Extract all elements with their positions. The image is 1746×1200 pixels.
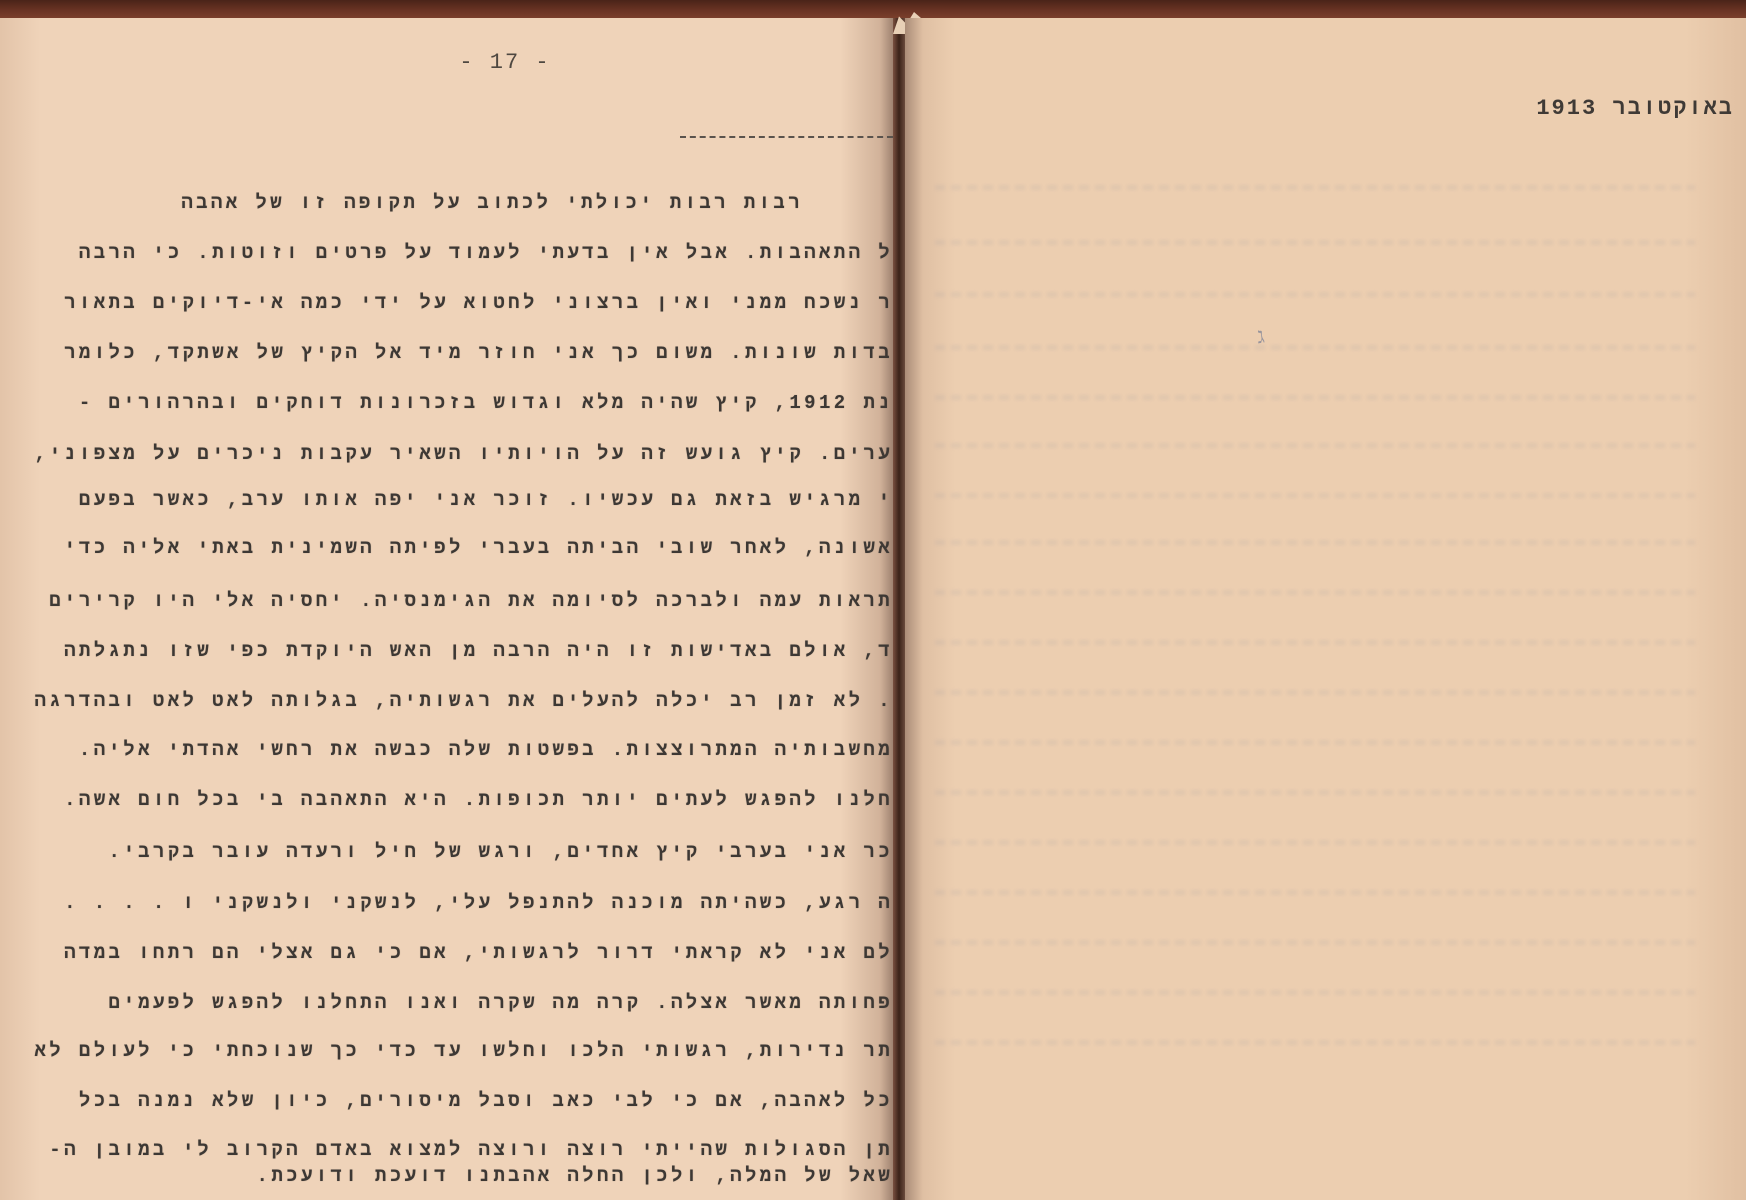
text-line: שאל של המלה, ולכן החלה אהבתנו דועכת ודוע… xyxy=(257,1165,893,1187)
bleed-through-line xyxy=(935,640,1695,645)
text-line: רבות רבות יכולתי לכתוב על תקופה זו של אה… xyxy=(181,192,803,214)
bleed-through-line xyxy=(935,1040,1695,1045)
bleed-through-line xyxy=(935,443,1695,448)
text-line: מחשבותיה המתרוצצות. בפשטות שלה כבשה את ר… xyxy=(79,739,893,761)
right-page xyxy=(905,18,1746,1200)
text-line: בדות שונות. משום כך אני חוזר מיד אל הקיץ… xyxy=(64,342,893,364)
text-line: ד, אולם באדישות זו היה הרבה מן האש היוקד… xyxy=(64,640,893,662)
bleed-through-line xyxy=(935,690,1695,695)
bleed-through-line xyxy=(935,493,1695,498)
bleed-through-line xyxy=(935,345,1695,350)
text-line: אשונה, לאחר שובי הביתה בעברי לפיתה השמינ… xyxy=(64,537,893,559)
bleed-through-line xyxy=(935,185,1695,190)
text-line: . לא זמן רב יכלה להעלים את רגשותיה, בגלו… xyxy=(34,690,893,712)
text-line: תר נדירות, רגשותי הלכו וחלשו עד כדי כך ש… xyxy=(34,1040,893,1062)
bleed-through-line xyxy=(935,292,1695,297)
bleed-through-line xyxy=(935,890,1695,895)
text-line: ערים. קיץ גועש זה על הויותיו השאיר עקבות… xyxy=(34,443,893,465)
bleed-through-line xyxy=(935,840,1695,845)
text-line: ל התאהבות. אבל אין בדעתי לעמוד על פרטים … xyxy=(79,242,893,264)
text-line: פחותה מאשר אצלה. קרה מה שקרה ואנו התחלנו… xyxy=(109,992,894,1014)
bleed-through-line xyxy=(935,940,1695,945)
bleed-through-line xyxy=(935,990,1695,995)
typewritten-body: רבות רבות יכולתי לכתוב על תקופה זו של אה… xyxy=(0,0,893,1200)
text-line: לם אני לא קראתי דרור לרגשותי, אם כי גם א… xyxy=(64,942,893,964)
text-line: כל לאהבה, אם כי לבי כאב וסבל מיסורים, כי… xyxy=(79,1090,893,1112)
book-spine xyxy=(893,18,905,1200)
text-line: כר אני בערבי קיץ אחדים, ורגש של חיל ורעד… xyxy=(109,841,894,863)
text-line: ר נשכח ממני ואין ברצוני לחטוא על ידי כמה… xyxy=(64,292,893,314)
text-line: תן הסגולות שהייתי רוצה ורוצה למצוא באדם … xyxy=(49,1139,893,1161)
text-line: נת 1912, קיץ שהיה מלא וגדוש בזכרונות דוח… xyxy=(79,392,893,414)
bleed-through-line xyxy=(935,740,1695,745)
text-line: חלנו להפגש לעתים יותר תכופות. היא התאהבה… xyxy=(64,789,893,811)
text-line: תראות עמה ולברכה לסיומה את הגימנסיה. יחס… xyxy=(49,590,893,612)
text-line: י מרגיש בזאת גם עכשיו. זוכר אני יפה אותו… xyxy=(79,489,893,511)
chapter-heading: באוקטובר 1913 xyxy=(1536,96,1734,121)
bleed-through-line xyxy=(935,790,1695,795)
bleed-through-line xyxy=(935,240,1695,245)
bleed-through-line xyxy=(935,540,1695,545)
bleed-through-line xyxy=(935,590,1695,595)
text-line: ה רגע, כשהיתה מוכנה להתנפל עלי, לנשקני ו… xyxy=(64,892,893,914)
bleed-through-line xyxy=(935,395,1695,400)
